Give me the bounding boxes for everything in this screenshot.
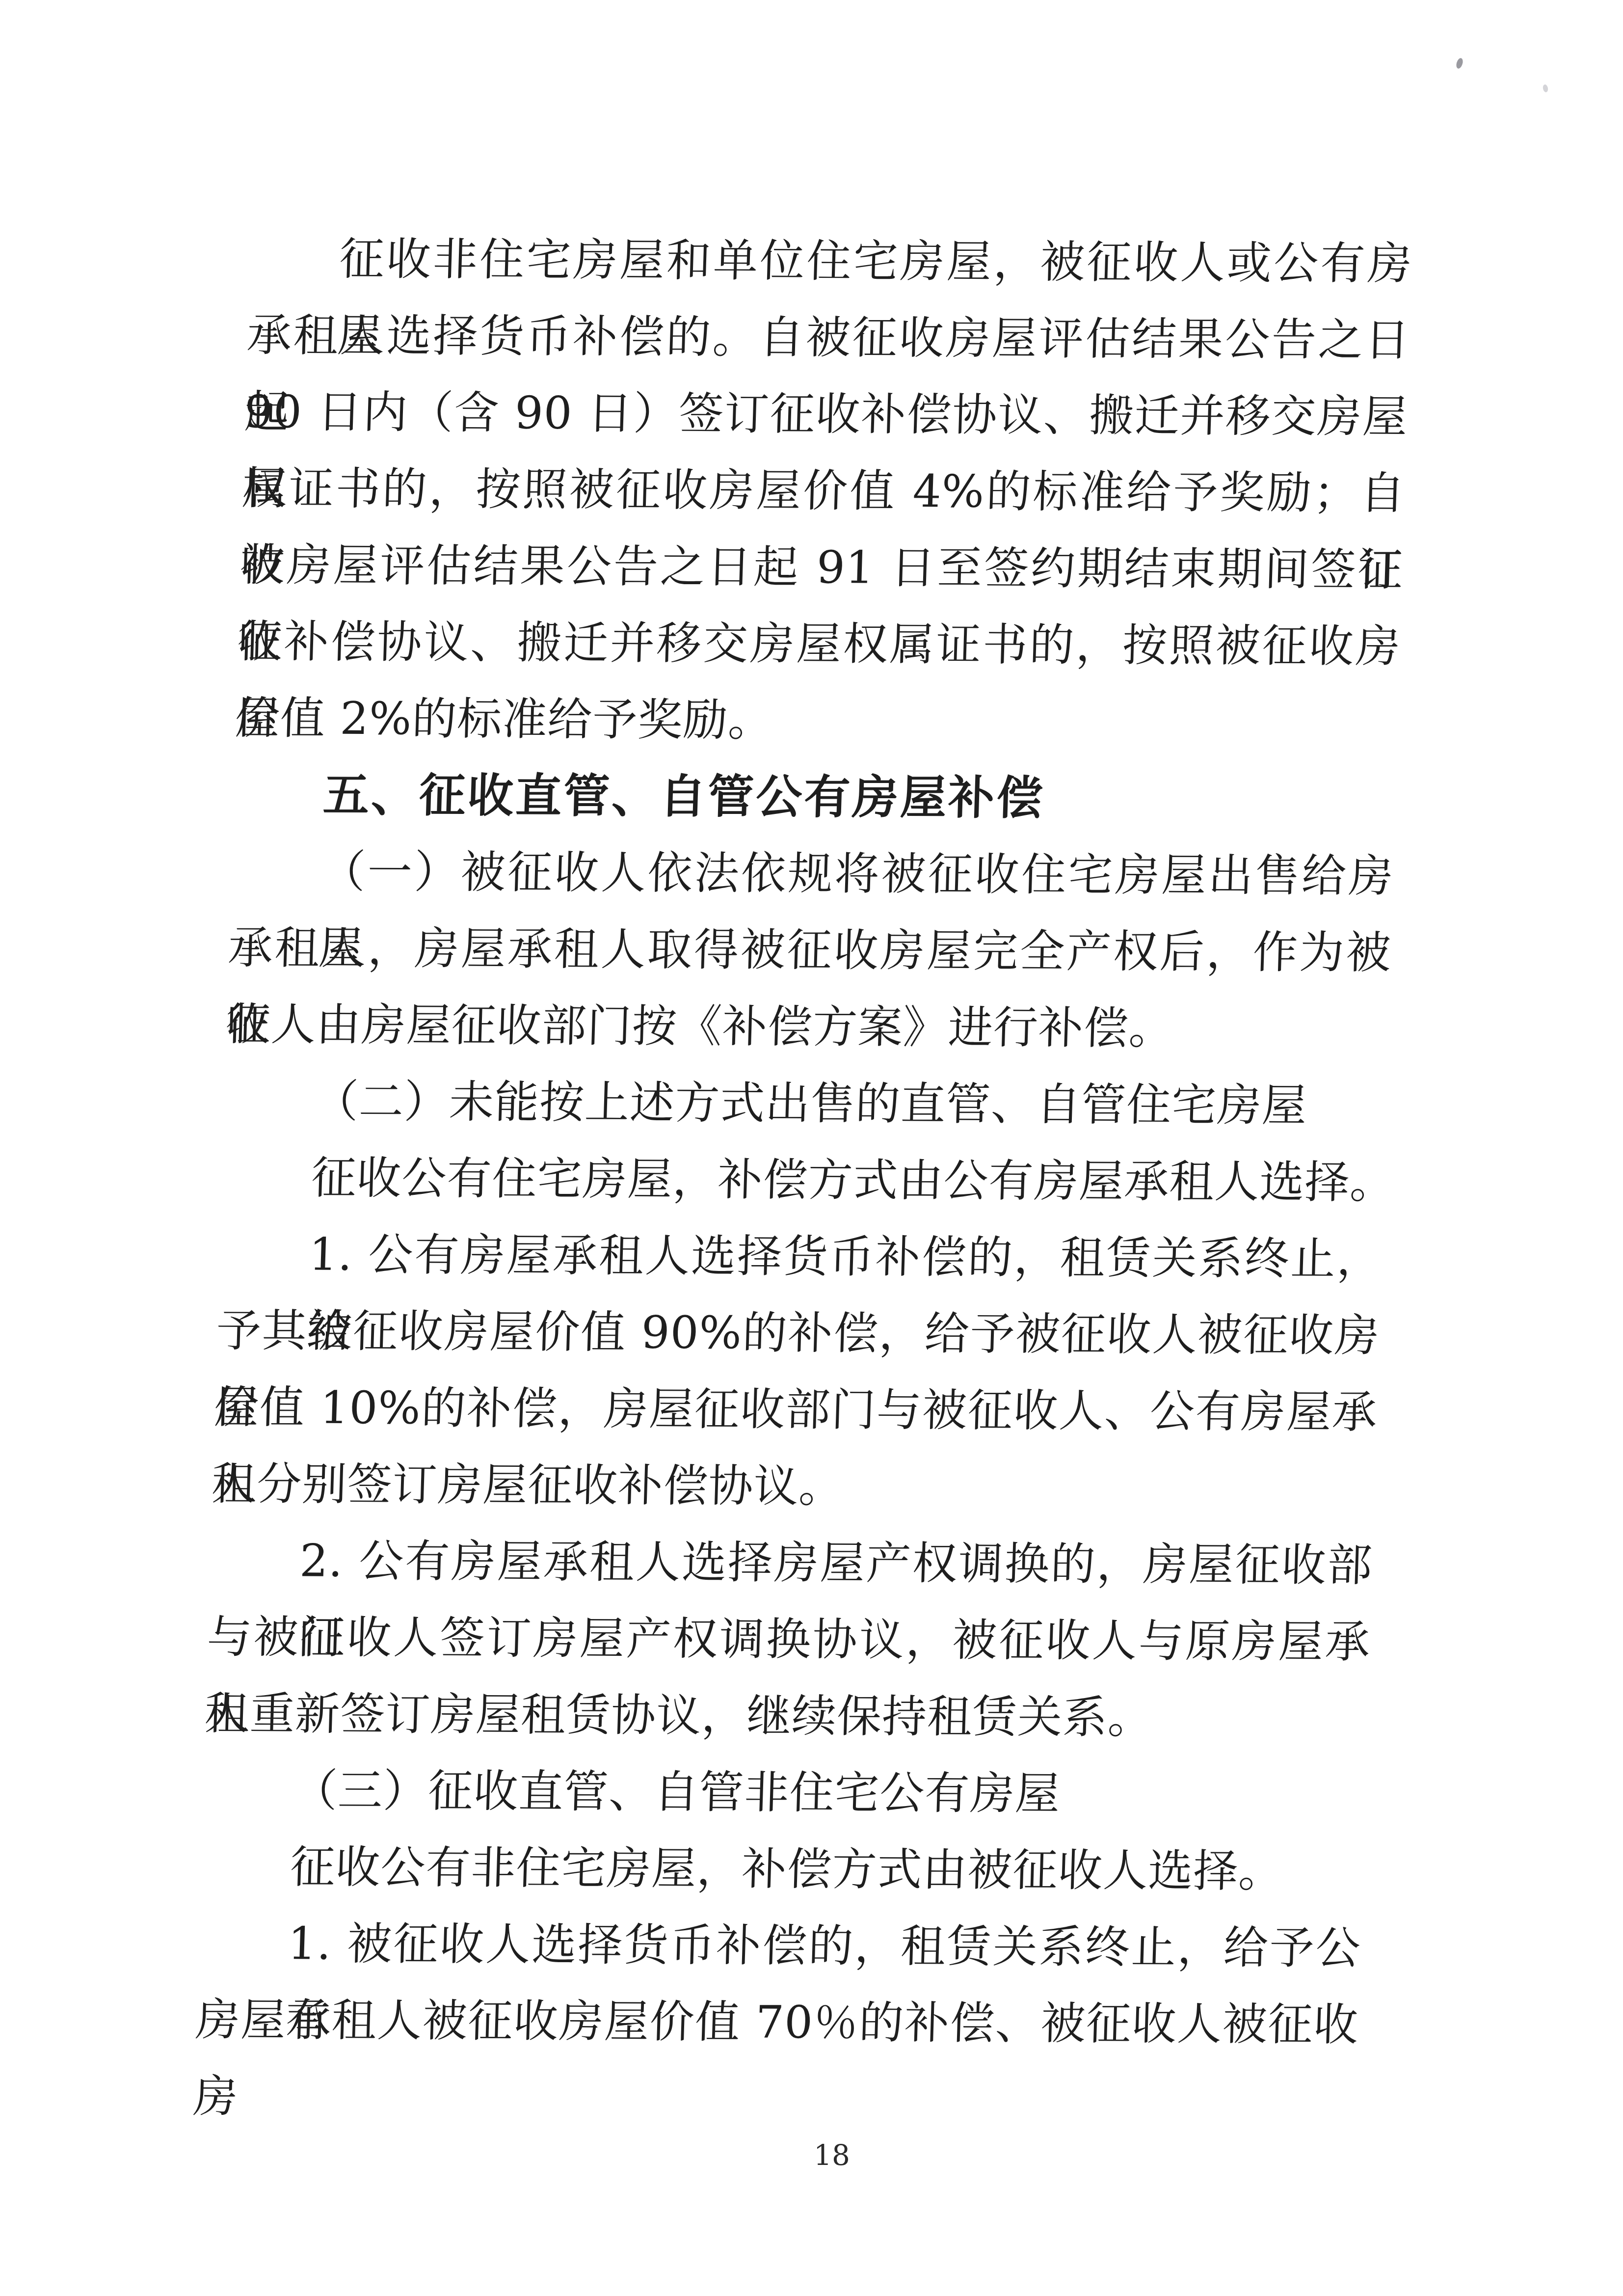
text-line: 征收公有非住宅房屋，补偿方式由被征收人选择。 [199, 1829, 1364, 1911]
text-line: 价值 2%的标准给予奖励。 [234, 680, 1400, 762]
text-line: （二）未能按上述方式出售的直管、自管住宅房屋 [222, 1063, 1388, 1145]
text-line: 房屋承租人被征收房屋价值 70％的补偿、被征收人被征收房 [194, 1982, 1360, 2064]
text-line: 1. 被征收人选择货币补偿的，租赁关系终止，给予公有 [196, 1906, 1362, 1987]
text-line: （一）被征收人依法依规将被征收住宅房屋出售给房屋 [229, 834, 1395, 915]
text-line: 承租人，房屋承租人取得被征收房屋完全产权后，作为被征 [227, 910, 1392, 992]
text-line: 承租人选择货币补偿的。自被征收房屋评估结果公告之日起 [245, 297, 1411, 379]
text-line: 与被征收人签订房屋产权调换协议，被征收人与原房屋承租 [206, 1599, 1371, 1681]
page-number: 18 [250, 2131, 1413, 2180]
document-page: 征收非住宅房屋和单位住宅房屋，被征收人或公有房屋 承租人选择货币补偿的。自被征收… [0, 0, 1623, 2296]
text-line: 价值 10%的补偿，房屋征收部门与被征收人、公有房屋承租 [213, 1370, 1379, 1451]
text-line: 征收非住宅房屋和单位住宅房屋，被征收人或公有房屋 [248, 221, 1413, 302]
scan-speck [1542, 84, 1548, 93]
text-line: 2. 公有房屋承租人选择房屋产权调换的，房屋征收部门 [208, 1523, 1374, 1604]
text-line: 人重新签订房屋租赁协议，继续保持租赁关系。 [204, 1676, 1369, 1757]
text-line: 90 日内（含 90 日）签订征收补偿协议、搬迁并移交房屋权 [243, 374, 1409, 456]
scan-speck [1455, 57, 1464, 70]
text-line: 收补偿协议、搬迁并移交房屋权属证书的，按照被征收房屋 [236, 604, 1402, 685]
text-line: 收人由房屋征收部门按《补偿方案》进行补偿。 [225, 987, 1390, 1068]
text-line: 人分别签订房屋征收补偿协议。 [211, 1446, 1376, 1528]
section-heading: 五、征收直管、自管公有房屋补偿 [232, 757, 1397, 838]
text-block: 征收非住宅房屋和单位住宅房屋，被征收人或公有房屋 承租人选择货币补偿的。自被征收… [194, 221, 1413, 2064]
text-line: 征收公有住宅房屋，补偿方式由公有房屋承租人选择。 [220, 1140, 1385, 1221]
text-line: 属证书的，按照被征收房屋价值 4%的标准给予奖励；自被征 [241, 451, 1407, 532]
text-line: （三）征收直管、自管非住宅公有房屋 [201, 1753, 1367, 1834]
text-line: 予其被征收房屋价值 90%的补偿，给予被征收人被征收房屋 [215, 1293, 1381, 1375]
text-line: 1. 公有房屋承租人选择货币补偿的，租赁关系终止，给 [217, 1216, 1383, 1298]
text-line: 收房屋评估结果公告之日起 91 日至签约期结束期间签订征 [239, 527, 1404, 609]
